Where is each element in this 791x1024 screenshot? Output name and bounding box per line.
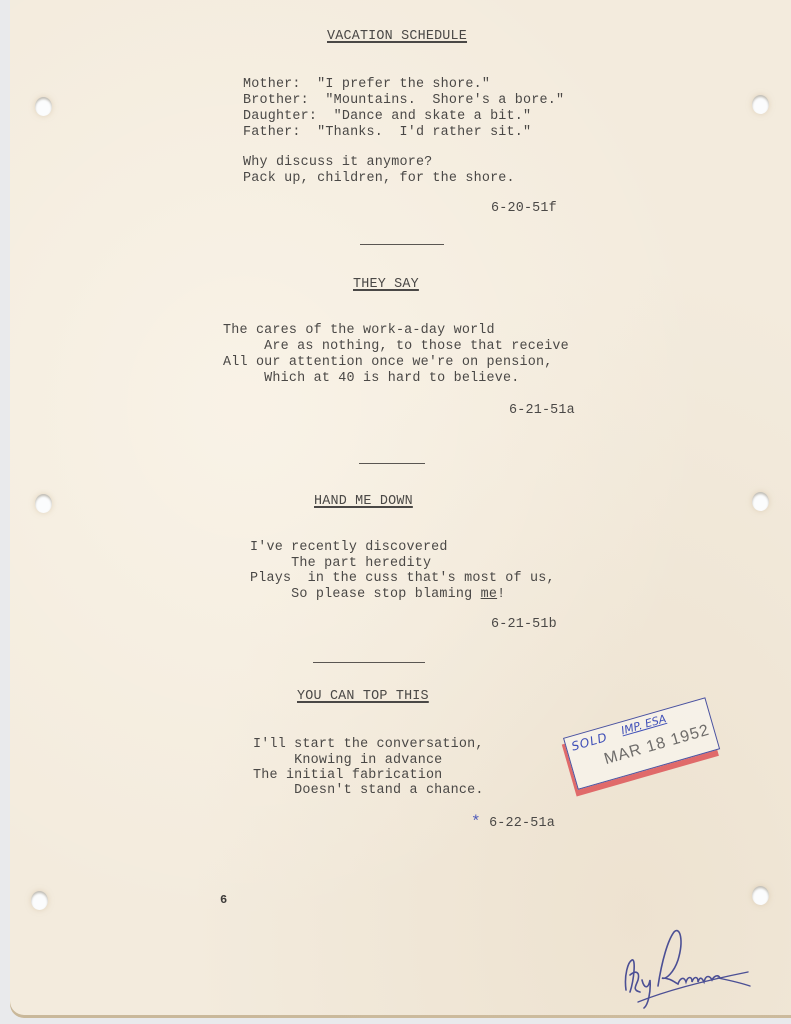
section-divider bbox=[313, 662, 425, 663]
poem-line: I've recently discovered bbox=[250, 540, 448, 556]
page-number: 6 bbox=[220, 893, 227, 907]
signature bbox=[618, 920, 758, 1015]
punch-hole bbox=[35, 97, 52, 116]
poem-line: So please stop blaming me! bbox=[250, 587, 505, 603]
poem-title: VACATION SCHEDULE bbox=[327, 29, 467, 45]
poem-code: 6-21-51b bbox=[491, 617, 557, 633]
punch-hole bbox=[752, 886, 769, 905]
poem-line: Which at 40 is hard to believe. bbox=[223, 371, 520, 387]
poem-line: Why discuss it anymore? bbox=[243, 155, 432, 171]
poem-line: The initial fabrication bbox=[253, 768, 442, 784]
poem-line: I'll start the conversation, bbox=[253, 737, 484, 753]
poem-title: HAND ME DOWN bbox=[314, 494, 413, 510]
poem-line: Brother: "Mountains. Shore's a bore." bbox=[243, 93, 564, 109]
poem-line: All our attention once we're on pension, bbox=[223, 355, 552, 371]
poem-line: Plays in the cuss that's most of us, bbox=[250, 571, 555, 587]
poem-code-row: * 6-22-51a bbox=[471, 814, 555, 832]
poem-title: YOU CAN TOP THIS bbox=[297, 689, 429, 705]
poem-code: 6-21-51a bbox=[509, 403, 575, 419]
poem-line: Mother: "I prefer the shore." bbox=[243, 77, 490, 93]
asterisk-mark-icon: * bbox=[471, 813, 481, 831]
section-divider bbox=[360, 244, 444, 245]
poem-line: The cares of the work-a-day world bbox=[223, 323, 495, 339]
poem-line-text: So please stop blaming bbox=[250, 587, 481, 602]
poem-line: Doesn't stand a chance. bbox=[253, 783, 484, 799]
poem-line: Knowing in advance bbox=[253, 753, 442, 769]
poem-line: Daughter: "Dance and skate a bit." bbox=[243, 109, 531, 125]
poem-line: Are as nothing, to those that receive bbox=[223, 339, 569, 355]
punch-hole bbox=[31, 891, 48, 910]
poem-title: THEY SAY bbox=[353, 277, 419, 293]
poem-line: The part heredity bbox=[250, 556, 431, 572]
section-divider bbox=[359, 463, 425, 464]
punch-hole bbox=[752, 492, 769, 511]
poem-line: Father: "Thanks. I'd rather sit." bbox=[243, 125, 531, 141]
poem-line: Pack up, children, for the shore. bbox=[243, 171, 515, 187]
punctuation: ! bbox=[497, 587, 505, 602]
poem-code: 6-20-51f bbox=[491, 201, 557, 217]
emphasized-word: me bbox=[481, 587, 497, 602]
punch-hole bbox=[35, 494, 52, 513]
poem-code: 6-22-51a bbox=[489, 816, 555, 831]
punch-hole bbox=[752, 95, 769, 114]
